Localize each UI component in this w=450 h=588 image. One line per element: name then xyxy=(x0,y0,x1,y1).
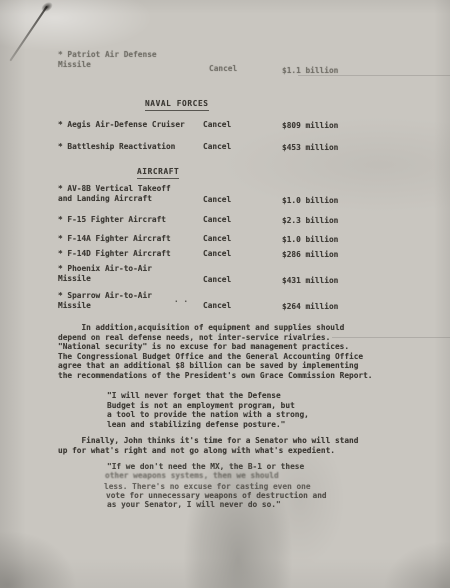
budget-item-av8b: * AV-8B Vertical Takeoff and Landing Air… xyxy=(58,184,171,203)
action-cancel: Cancel xyxy=(203,301,231,311)
action-cancel: Cancel xyxy=(203,249,231,259)
budget-item-f15: * F-15 Fighter Aircraft xyxy=(58,215,166,225)
action-cancel: Cancel xyxy=(203,142,231,152)
amount-value: $286 million xyxy=(282,250,338,260)
amount-value: $809 million xyxy=(282,121,338,131)
budget-item-battleship: * Battleship Reactivation xyxy=(58,142,175,152)
scanned-document-page: · · * Patriot Air Defense Missile Cancel… xyxy=(0,0,450,588)
amount-value: $264 million xyxy=(282,302,338,312)
budget-item-phoenix: * Phoenix Air-to-Air Missile xyxy=(58,264,152,283)
body-paragraph-acquisition: In addition,acquisition of equipment and… xyxy=(58,323,373,380)
budget-item-f14d: * F-14D Fighter Aircraft xyxy=(58,249,171,259)
action-cancel: Cancel xyxy=(203,275,231,285)
budget-item-patriot: * Patriot Air Defense Missile xyxy=(58,50,157,69)
quote-faded-line: other weapons systems, then we should xyxy=(105,471,279,481)
amount-value: $431 million xyxy=(282,276,338,286)
section-header-aircraft: AIRCRAFT xyxy=(137,167,179,179)
body-paragraph-finally: Finally, John thinks it's time for a Sen… xyxy=(58,436,358,455)
budget-item-f14a: * F-14A Fighter Aircraft xyxy=(58,234,171,244)
amount-value: $453 million xyxy=(282,143,338,153)
action-cancel: Cancel xyxy=(209,64,237,74)
quote-senator-line: as your Senator, I will never do so." xyxy=(107,500,281,510)
amount-value: $1.1 billion xyxy=(282,66,338,76)
action-cancel: Cancel xyxy=(203,195,231,205)
pen-scratch-mark xyxy=(9,6,47,62)
action-cancel: Cancel xyxy=(203,120,231,130)
budget-item-aegis: * Aegis Air-Defense Cruiser xyxy=(58,120,185,130)
stray-dots: · · xyxy=(174,297,188,307)
action-cancel: Cancel xyxy=(203,215,231,225)
amount-value: $2.3 billion xyxy=(282,216,338,226)
amount-value: $1.0 billion xyxy=(282,235,338,245)
section-header-naval-forces: NAVAL FORCES xyxy=(145,99,209,111)
amount-value: $1.0 billion xyxy=(282,196,338,206)
budget-item-sparrow: * Sparrow Air-to-Air Missile xyxy=(58,291,152,310)
quote-defense-budget: "I will never forget that the Defense Bu… xyxy=(107,391,309,429)
action-cancel: Cancel xyxy=(203,234,231,244)
